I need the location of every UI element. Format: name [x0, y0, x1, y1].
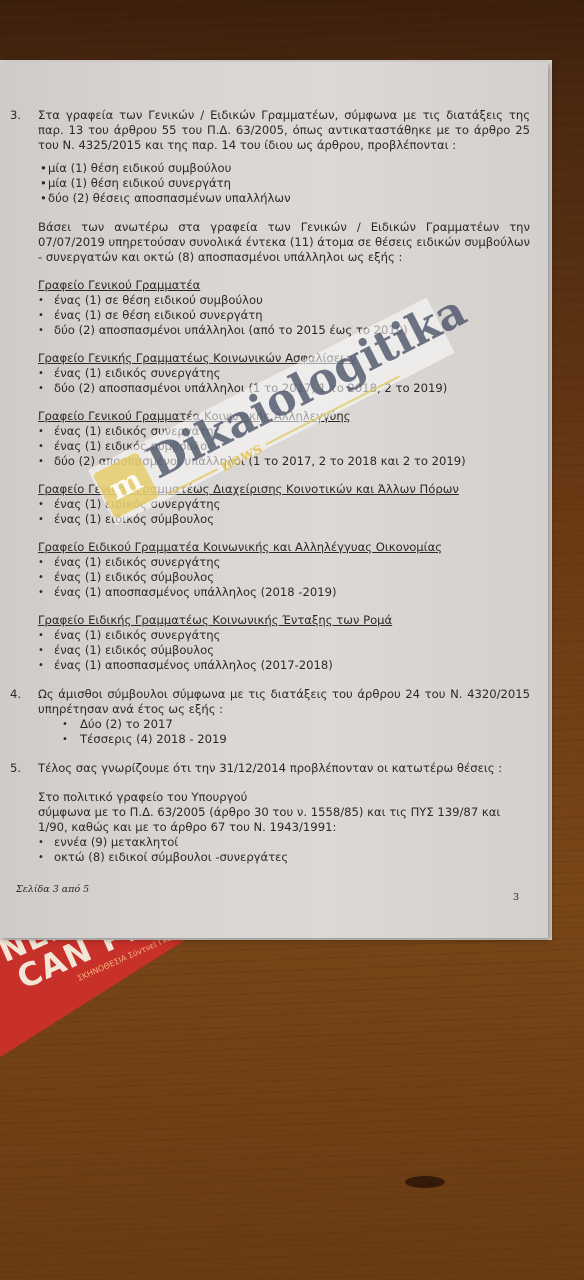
list-item: δύο (2) αποσπασμένοι υπάλληλοι (από το 2… [38, 323, 530, 338]
list-item: μία (1) θέση ειδικού συνεργάτη [40, 176, 530, 191]
section-title: Γραφείο Γενικής Γραμματέως Κοινωνικών Ασ… [38, 351, 530, 366]
list-item: δύο (2) αποσπασμένοι υπάλληλοι (1 το 201… [38, 454, 530, 469]
numbered-item-3: 3. Στα γραφεία των Γενικών / Ειδικών Γρα… [10, 108, 530, 673]
item-4-text: Ως άμισθοι σύμβουλοι σύμφωνα με τις διατ… [38, 687, 530, 717]
list-item: ένας (1) ειδικός σύμβουλος [38, 643, 530, 658]
list-item: Τέσσερις (4) 2018 - 2019 [62, 732, 530, 747]
list-item: οκτώ (8) ειδικοί σύμβουλοι -συνεργάτες [38, 850, 530, 865]
section-title: Γραφείο Ειδικής Γραμματέως Κοινωνικής Έν… [38, 613, 530, 628]
list-item: εννέα (9) μετακλητοί [38, 835, 530, 850]
list-item: δύο (2) θέσεις αποσπασμένων υπαλλήλων [40, 191, 530, 206]
list-item: ένας (1) ειδικός συνεργάτης [38, 424, 530, 439]
section-title: Γραφείο Γενικού Γραμματέα Κοινωνικής Αλλ… [38, 409, 530, 424]
list-item: ένας (1) ειδικός σύμβουλος [38, 439, 530, 454]
list-item: ένας (1) ειδικός σύμβουλος [38, 570, 530, 585]
list-item: ένας (1) ειδικός συνεργάτης [38, 555, 530, 570]
wood-knot [405, 1176, 445, 1188]
numbered-item-5: 5. Τέλος σας γνωρίζουμε ότι την 31/12/20… [10, 761, 530, 865]
item-5-legal-basis: σύμφωνα με το Π.Δ. 63/2005 (άρθρο 30 του… [38, 805, 530, 835]
page-label: Σελίδα 3 από 5 [16, 884, 89, 895]
list-item: ένας (1) αποσπασμένος υπάλληλος (2017-20… [38, 658, 530, 673]
list-item: ένας (1) ειδικός σύμβουλος [38, 512, 530, 527]
list-item: μία (1) θέση ειδικού συμβούλου [40, 161, 530, 176]
section-social-insurance: Γραφείο Γενικής Γραμματέως Κοινωνικών Ασ… [38, 351, 530, 396]
list-item: ένας (1) ειδικός συνεργάτης [38, 628, 530, 643]
list-item: ένας (1) ειδικός συνεργάτης [38, 497, 530, 512]
numbered-item-4: 4. Ως άμισθοι σύμβουλοι σύμφωνα με τις δ… [10, 687, 530, 747]
item-number: 3. [10, 108, 21, 123]
list-item: δύο (2) αποσπασμένοι υπάλληλοι (1 το 201… [38, 381, 530, 396]
list-item: ένας (1) σε θέση ειδικού συμβούλου [38, 293, 530, 308]
section-title: Γραφείο Γενικού Γραμματέα [38, 278, 530, 293]
item-5-office: Στο πολιτικό γραφείο του Υπουργού [38, 790, 530, 805]
section-title: Γραφείο Γενικής Γραμματέως Διαχείρισης Κ… [38, 482, 530, 497]
section-general-secretary: Γραφείο Γενικού Γραμματέα ένας (1) σε θέ… [38, 278, 530, 338]
list-item: ένας (1) αποσπασμένος υπάλληλος (2018 -2… [38, 585, 530, 600]
section-community-resources: Γραφείο Γενικής Γραμματέως Διαχείρισης Κ… [38, 482, 530, 527]
item-3-summary: Βάσει των ανωτέρω στα γραφεία των Γενικώ… [38, 220, 530, 265]
document-body: 3. Στα γραφεία των Γενικών / Ειδικών Γρα… [10, 108, 530, 865]
item-5-text: Τέλος σας γνωρίζουμε ότι την 31/12/2014 … [38, 761, 530, 776]
item-3-text: Στα γραφεία των Γενικών / Ειδικών Γραμμα… [38, 108, 530, 153]
section-social-solidarity: Γραφείο Γενικού Γραμματέα Κοινωνικής Αλλ… [38, 409, 530, 469]
item-number: 4. [10, 687, 21, 702]
section-social-economy: Γραφείο Ειδικού Γραμματέα Κοινωνικής και… [38, 540, 530, 600]
item-3-bullets: μία (1) θέση ειδικού συμβούλου μία (1) θ… [38, 161, 530, 206]
item-number: 5. [10, 761, 21, 776]
list-item: ένας (1) ειδικός συνεργάτης [38, 366, 530, 381]
page-number: 3 [513, 892, 519, 903]
section-roma-integration: Γραφείο Ειδικής Γραμματέως Κοινωνικής Έν… [38, 613, 530, 673]
list-item: Δύο (2) το 2017 [62, 717, 530, 732]
list-item: ένας (1) σε θέση ειδικού συνεργάτη [38, 308, 530, 323]
section-title: Γραφείο Ειδικού Γραμματέα Κοινωνικής και… [38, 540, 530, 555]
